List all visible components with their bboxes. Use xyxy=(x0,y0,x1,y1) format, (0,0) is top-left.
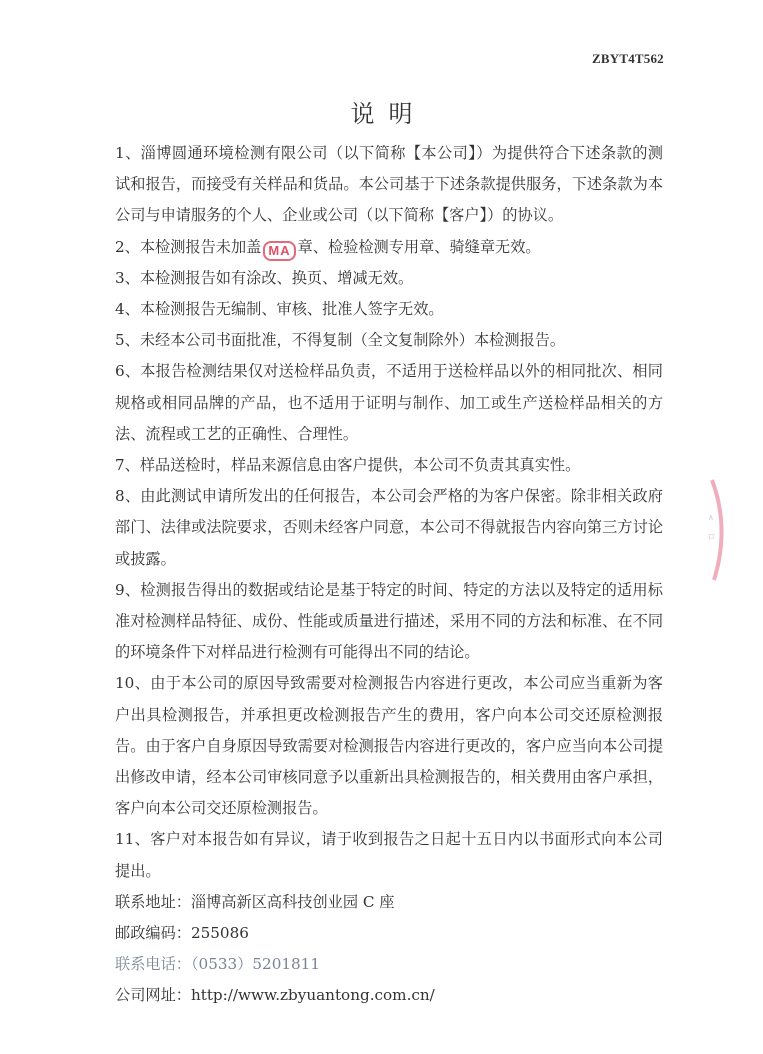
term-item-2-after: 章、检验检测专用章、骑缝章无效。 xyxy=(298,238,541,256)
address-label: 联系地址： xyxy=(115,893,191,911)
contact-address: 联系地址：淄博高新区高科技创业园 C 座 xyxy=(115,887,663,918)
term-item-9: 9、检测报告得出的数据或结论是基于特定的时间、特定的方法以及特定的适用标准对检测… xyxy=(115,575,663,669)
term-item-11: 11、客户对本报告如有异议，请于收到报告之日起十五日内以书面形式向本公司提出。 xyxy=(115,824,663,886)
contact-phone: 联系电话：（0533）5201811 xyxy=(115,949,663,980)
term-item-4: 4、本检测报告无编制、审核、批准人签字无效。 xyxy=(115,294,663,325)
postal-label: 邮政编码： xyxy=(115,924,191,942)
terms-body: 1、淄博圆通环境检测有限公司（以下简称【本公司】）为提供符合下述条款的测试和报告… xyxy=(115,138,663,1012)
cma-stamp-label: MA xyxy=(268,243,290,258)
postal-value: 255086 xyxy=(191,924,249,942)
address-value: 淄博高新区高科技创业园 C 座 xyxy=(191,893,395,911)
cma-stamp-icon: MA xyxy=(263,241,295,261)
term-item-7: 7、样品送检时，样品来源信息由客户提供，本公司不负责其真实性。 xyxy=(115,450,663,481)
contact-website: 公司网址：http://www.zbyuantong.com.cn/ xyxy=(115,980,663,1011)
term-item-8: 8、由此测试申请所发出的任何报告，本公司会严格的为客户保密。除非相关政府部门、法… xyxy=(115,481,663,575)
website-label: 公司网址： xyxy=(115,986,191,1004)
phone-value: （0533）5201811 xyxy=(191,955,320,973)
term-item-1: 1、淄博圆通环境检测有限公司（以下简称【本公司】）为提供符合下述条款的测试和报告… xyxy=(115,138,663,232)
term-item-2: 2、本检测报告未加盖MA章、检验检测专用章、骑缝章无效。 xyxy=(115,232,663,263)
svg-text:ロ: ロ xyxy=(708,533,716,543)
term-item-2-before: 2、本检测报告未加盖 xyxy=(115,238,261,256)
term-item-10: 10、由于本公司的原因导致需要对检测报告内容进行更改，本公司应当重新为客户出具检… xyxy=(115,668,663,824)
report-code: ZBYT4T562 xyxy=(592,51,664,67)
svg-text:∧: ∧ xyxy=(708,513,714,522)
page-title: 说明 xyxy=(0,94,763,129)
term-item-6: 6、本报告检测结果仅对送检样品负责，不适用于送检样品以外的相同批次、相同规格或相… xyxy=(115,356,663,450)
website-link[interactable]: http://www.zbyuantong.com.cn/ xyxy=(191,986,435,1004)
seam-stamp-icon: ∧ ロ xyxy=(708,478,763,582)
contact-block: 联系地址：淄博高新区高科技创业园 C 座 邮政编码：255086 联系电话：（0… xyxy=(115,887,663,1012)
term-item-3: 3、本检测报告如有涂改、换页、增减无效。 xyxy=(115,263,663,294)
term-item-5: 5、未经本公司书面批准，不得复制（全文复制除外）本检测报告。 xyxy=(115,325,663,356)
phone-label: 联系电话： xyxy=(115,955,191,973)
contact-postal: 邮政编码：255086 xyxy=(115,918,663,949)
